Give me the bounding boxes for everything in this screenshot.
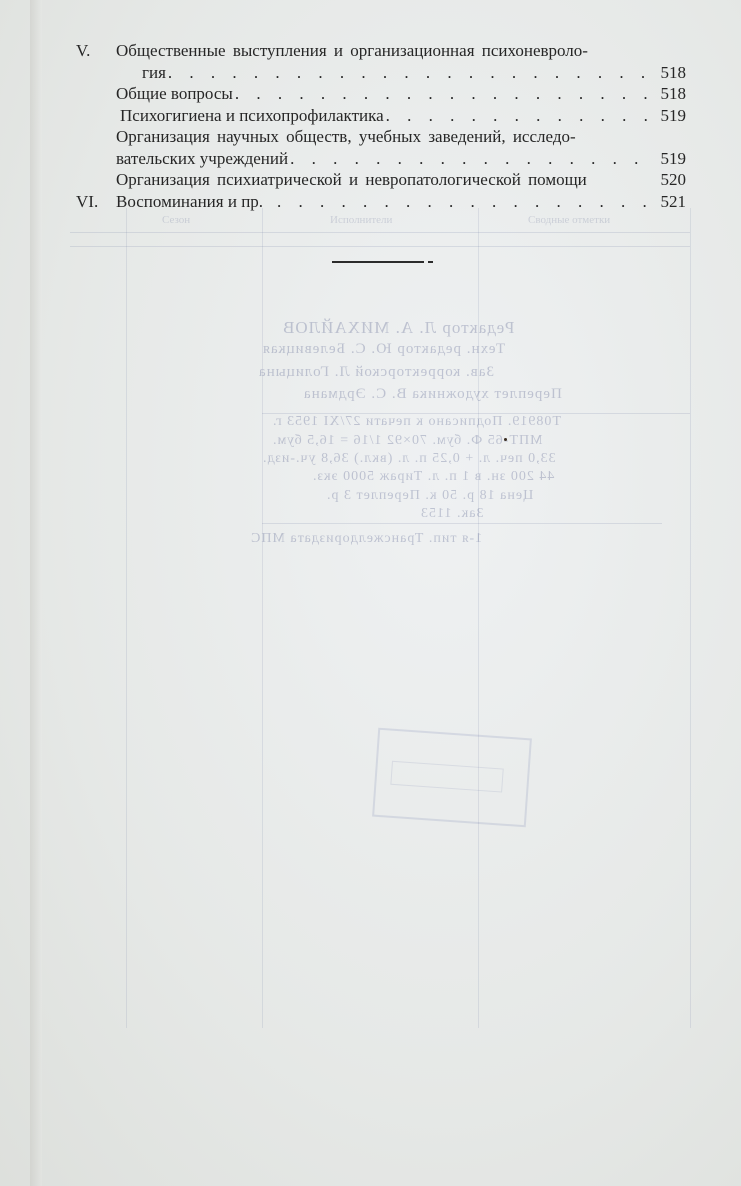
show-through-header: Сводные отметки <box>528 214 610 226</box>
colophon-line: Зав. корректорской Л. Голицына <box>258 364 494 381</box>
colophon-line: Переплет художника В. С. Эрдмана <box>303 386 562 403</box>
paper-speck <box>504 438 507 441</box>
colophon-line: МПТ-65 Ф. бум. 70×92 1/16 = 16,5 бум. <box>272 433 543 449</box>
document-page: V. Общественные выступления и организаци… <box>0 0 741 1186</box>
colophon-line: Т08919. Подписано к печати 27/XI 1953 г. <box>272 414 561 430</box>
colophon-line: Зак. 1153 <box>420 506 484 522</box>
show-through-table: Сезон Исполнители Сводные отметки <box>0 0 741 1186</box>
show-through-header: Сезон <box>162 214 190 226</box>
colophon-line: 1-я тип. Трансжелдориздата МПС <box>250 531 482 547</box>
colophon-line: 44 200 зн. в 1 п. л. Тираж 5000 экз. <box>312 469 554 485</box>
library-stamp-show-through <box>372 728 532 828</box>
colophon-line: 33,0 печ. л. + 0,25 п. л. (вкл.) 36,8 уч… <box>262 451 556 467</box>
colophon-line: Цена 18 р. 50 к. Переплет 3 р. <box>326 488 533 504</box>
colophon-line: Редактор Л. А. МИХАЙЛОВ <box>282 318 514 338</box>
colophon-line: Техн. редактор Ю. С. Белевицкая <box>262 341 505 358</box>
show-through-header: Исполнители <box>330 214 392 226</box>
